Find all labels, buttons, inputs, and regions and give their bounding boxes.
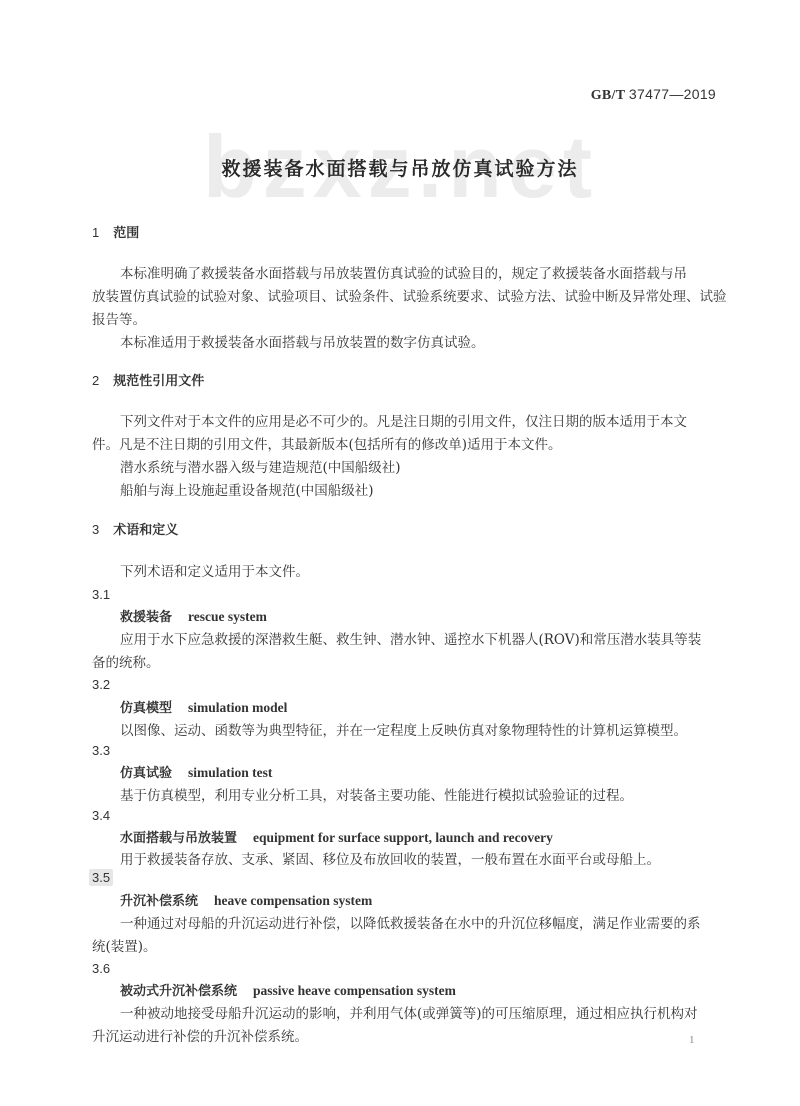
- term-en: simulation model: [188, 700, 287, 715]
- term-definition-line: 用于救援装备存放、支承、紧固、移位及布放回收的装置，一般布置在水面平台或母船上。: [120, 851, 660, 869]
- section-intro: 下列术语和定义适用于本文件。: [120, 563, 309, 581]
- term-number: 3.4: [92, 807, 110, 825]
- term-zh: 仿真试验: [120, 766, 172, 781]
- term-definition-line: 一种通过对母船的升沉运动进行补偿，以降低救援装备在水中的升沉位移幅度，满足作业需…: [120, 915, 701, 933]
- term-en: passive heave compensation system: [253, 983, 456, 998]
- paragraph-line: 报告等。: [92, 311, 146, 329]
- standard-prefix: GB/T: [591, 88, 625, 103]
- page-number: 1: [689, 1034, 695, 1046]
- term-definition-line: 以图像、运动、函数等为典型特征，并在一定程度上反映仿真对象物理特性的计算机运算模…: [120, 722, 687, 740]
- term-zh: 升沉补偿系统: [120, 894, 198, 909]
- reference-item: 船舶与海上设施起重设备规范(中国船级社): [120, 482, 374, 500]
- term-zh: 救援装备: [120, 610, 172, 625]
- term-en: heave compensation system: [214, 893, 372, 908]
- term-title: 救援装备rescue system: [120, 608, 267, 627]
- paragraph-line: 放装置仿真试验的试验对象、试验项目、试验条件、试验系统要求、试验方法、试验中断及…: [92, 288, 727, 306]
- term-definition-line: 应用于水下应急救援的深潜救生艇、救生钟、潜水钟、遥控水下机器人(ROV)和常压潜…: [120, 631, 701, 649]
- term-definition-line: 升沉运动进行补偿的升沉补偿系统。: [92, 1028, 308, 1046]
- paragraph-line: 本标准明确了救援装备水面搭载与吊放装置仿真试验的试验目的，规定了救援装备水面搭载…: [120, 265, 687, 283]
- reference-item: 潜水系统与潜水器入级与建造规范(中国船级社): [120, 459, 401, 477]
- standard-number: 37477—2019: [629, 86, 716, 102]
- document-title: 救援装备水面搭载与吊放仿真试验方法: [0, 154, 800, 181]
- paragraph-line: 本标准适用于救援装备水面搭载与吊放装置的数字仿真试验。: [120, 334, 485, 352]
- term-title: 升沉补偿系统heave compensation system: [120, 892, 372, 911]
- section-number: 2: [92, 373, 99, 388]
- term-en: rescue system: [188, 609, 267, 624]
- term-en: simulation test: [188, 765, 272, 780]
- standard-code: GB/T 37477—2019: [591, 86, 716, 104]
- term-number-wrapper: 3.5: [92, 869, 113, 887]
- term-definition-line: 一种被动地接受母船升沉运动的影响，并利用气体(或弹簧等)的可压缩原理，通过相应执…: [120, 1005, 698, 1023]
- term-zh: 水面搭载与吊放装置: [120, 831, 237, 846]
- term-definition-line: 统(装置)。: [92, 938, 157, 956]
- section-heading-2: 2规范性引用文件: [92, 372, 204, 391]
- term-definition-line: 备的统称。: [92, 654, 160, 672]
- term-definition-line: 基于仿真模型，利用专业分析工具，对装备主要功能、性能进行模拟试验验证的过程。: [120, 787, 633, 805]
- term-number: 3.2: [92, 676, 110, 694]
- term-zh: 被动式升沉补偿系统: [120, 984, 237, 999]
- term-title: 被动式升沉补偿系统passive heave compensation syst…: [120, 982, 456, 1001]
- term-zh: 仿真模型: [120, 701, 172, 716]
- section-number: 3: [92, 522, 99, 537]
- paragraph-line: 件。凡是不注日期的引用文件，其最新版本(包括所有的修改单)适用于本文件。: [92, 436, 562, 454]
- term-title: 仿真模型simulation model: [120, 699, 287, 718]
- term-number: 3.6: [92, 960, 110, 978]
- section-heading-1: 1范围: [92, 224, 139, 243]
- term-number-highlighted: 3.5: [89, 869, 113, 886]
- section-heading-3: 3术语和定义: [92, 521, 178, 540]
- section-title: 规范性引用文件: [113, 374, 204, 389]
- term-en: equipment for surface support, launch an…: [253, 830, 553, 845]
- document-page: GB/T 37477—2019 bzxz.net 救援装备水面搭载与吊放仿真试验…: [0, 0, 800, 1106]
- term-title: 仿真试验simulation test: [120, 764, 272, 783]
- paragraph-line: 下列文件对于本文件的应用是必不可少的。凡是注日期的引用文件，仅注日期的版本适用于…: [120, 413, 687, 431]
- section-number: 1: [92, 225, 99, 240]
- term-number: 3.1: [92, 586, 110, 604]
- term-title: 水面搭载与吊放装置equipment for surface support, …: [120, 829, 553, 848]
- term-number: 3.3: [92, 742, 110, 760]
- section-title: 范围: [113, 226, 139, 241]
- section-title: 术语和定义: [113, 523, 178, 538]
